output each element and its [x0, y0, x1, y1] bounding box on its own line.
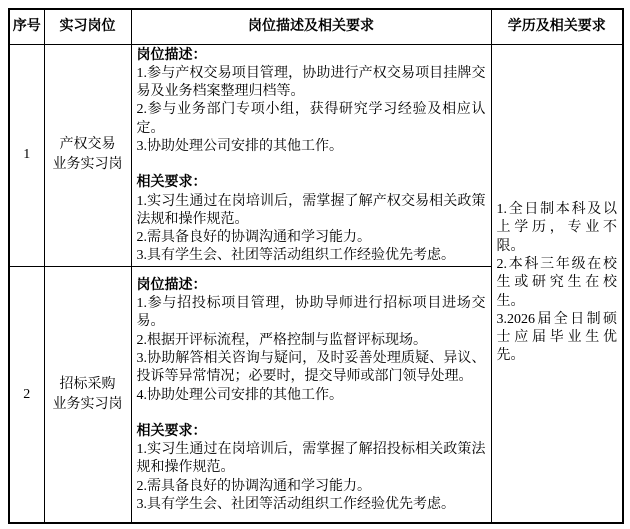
- row2-position: 招标采购 业务实习岗: [44, 266, 131, 523]
- desc-item: 1.参与招投标项目管理，协助导师进行招标项目进场交易。: [137, 295, 486, 332]
- education-item: 1.全日制本科及以上学历，专业不限。: [497, 201, 618, 256]
- table-header-row: 序号 实习岗位 岗位描述及相关要求 学历及相关要求: [9, 9, 623, 44]
- header-position: 实习岗位: [44, 9, 131, 44]
- education-requirements-cell: 1.全日制本科及以上学历，专业不限。 2.本科三年级在校生或研究生在校生。 3.…: [491, 44, 623, 523]
- row2-details: 岗位描述： 1.参与招投标项目管理，协助导师进行招标项目进场交易。 2.根据开评…: [131, 266, 491, 523]
- header-no: 序号: [9, 9, 44, 44]
- req-item: 2.需具备良好的协调沟通和学习能力。: [137, 229, 486, 247]
- document-page: 序号 实习岗位 岗位描述及相关要求 学历及相关要求 1 产权交易 业务实习岗 岗…: [0, 0, 630, 529]
- desc-item: 2.根据开评标流程，严格控制与监督评标现场。: [137, 332, 486, 350]
- row1-position-line2: 业务实习岗: [45, 155, 131, 175]
- row1-desc-title: 岗位描述：: [137, 47, 486, 65]
- req-item: 2.需具备良好的协调沟通和学习能力。: [137, 478, 486, 496]
- desc-item: 4.协助处理公司安排的其他工作。: [137, 387, 486, 405]
- req-item: 1.实习生通过在岗培训后，需掌握了解招投标相关政策法规和操作规范。: [137, 441, 486, 478]
- header-description: 岗位描述及相关要求: [131, 9, 491, 44]
- row2-no: 2: [9, 266, 44, 523]
- req-item: 3.具有学生会、社团等活动组织工作经验优先考虑。: [137, 247, 486, 265]
- req-item: 1.实习生通过在岗培训后，需掌握了解产权交易相关政策法规和操作规范。: [137, 193, 486, 230]
- row2-position-line1: 招标采购: [45, 375, 131, 395]
- req-item: 3.具有学生会、社团等活动组织工作经验优先考虑。: [137, 496, 486, 514]
- row1-position-line1: 产权交易: [45, 135, 131, 155]
- desc-item: 3.协助解答相关咨询与疑问，及时妥善处理质疑、异议、投诉等异常情况；必要时，提交…: [137, 350, 486, 387]
- header-education: 学历及相关要求: [491, 9, 623, 44]
- row1-req-title: 相关要求：: [137, 174, 486, 192]
- education-item: 3.2026届全日制硕士应届毕业生优先。: [497, 311, 618, 366]
- row2-req-title: 相关要求：: [137, 423, 486, 441]
- row2-position-line2: 业务实习岗: [45, 395, 131, 415]
- row1-no: 1: [9, 44, 44, 266]
- desc-item: 1.参与产权交易项目管理，协助进行产权交易项目挂牌交易及业务档案整理归档等。: [137, 65, 486, 102]
- desc-item: 2.参与业务部门专项小组，获得研究学习经验及相应认定。: [137, 101, 486, 138]
- row1-position: 产权交易 业务实习岗: [44, 44, 131, 266]
- desc-item: 3.协助处理公司安排的其他工作。: [137, 138, 486, 156]
- row2-desc-title: 岗位描述：: [137, 277, 486, 295]
- section-spacer: [137, 156, 486, 174]
- internship-positions-table: 序号 实习岗位 岗位描述及相关要求 学历及相关要求 1 产权交易 业务实习岗 岗…: [8, 8, 624, 524]
- section-spacer: [137, 405, 486, 423]
- row1-details: 岗位描述： 1.参与产权交易项目管理，协助进行产权交易项目挂牌交易及业务档案整理…: [131, 44, 491, 266]
- education-item: 2.本科三年级在校生或研究生在校生。: [497, 256, 618, 311]
- table-row: 1 产权交易 业务实习岗 岗位描述： 1.参与产权交易项目管理，协助进行产权交易…: [9, 44, 623, 266]
